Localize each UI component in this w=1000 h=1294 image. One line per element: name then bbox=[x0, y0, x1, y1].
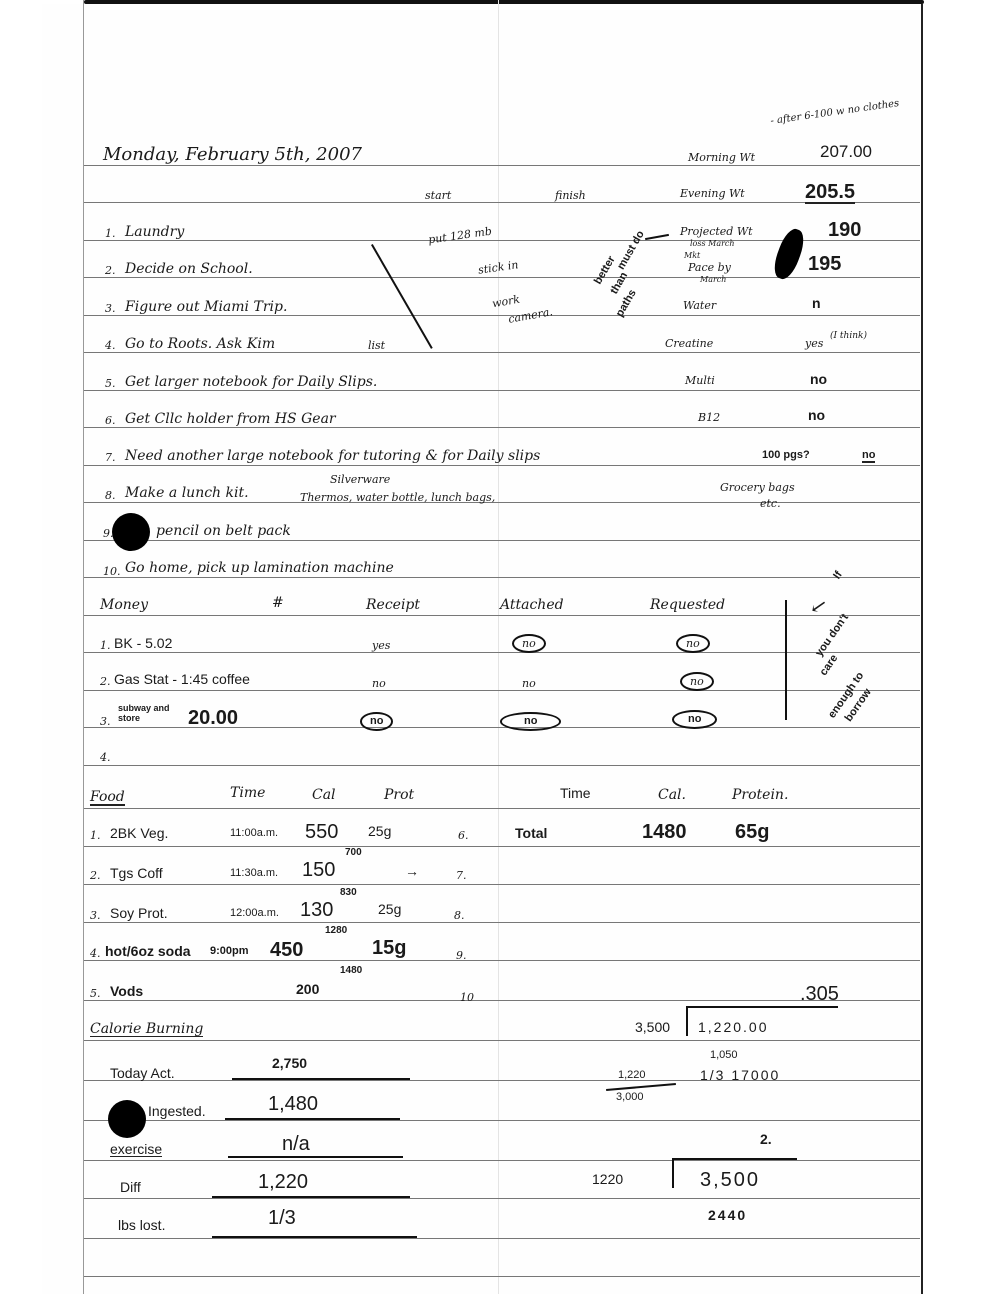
todo-item-large-notebook-answer: no bbox=[862, 450, 875, 463]
food-header: Food bbox=[90, 790, 125, 806]
creatine-label: Creatine bbox=[665, 338, 713, 349]
food-total-cal: 1480 bbox=[642, 822, 687, 842]
money-header: Attached bbox=[500, 598, 564, 612]
calc-dividend-2: 3,500 bbox=[700, 1170, 760, 1190]
ruled-line bbox=[84, 277, 920, 278]
food-row-item: Soy Prot. bbox=[110, 906, 168, 920]
food-row-num: 2. bbox=[90, 870, 101, 881]
ruled-line bbox=[84, 577, 920, 578]
evening-wt-value: 205.5 bbox=[805, 182, 855, 204]
calc-sub-1: 1/3 17000 bbox=[700, 1068, 780, 1082]
column-finish-label: finish bbox=[555, 190, 586, 201]
money-row-num: 3. bbox=[100, 716, 111, 727]
todo-item-roots-extra: list bbox=[368, 340, 385, 351]
page-top-edge bbox=[84, 0, 924, 4]
calc-sub-1-top: 1,050 bbox=[710, 1050, 738, 1061]
food-row-num-right: 9. bbox=[456, 950, 467, 961]
food-row-num-right: 6. bbox=[458, 830, 469, 841]
value-underline bbox=[232, 1078, 410, 1080]
food-row-cal: 130 bbox=[300, 900, 333, 920]
calorie-row-value: n/a bbox=[282, 1134, 310, 1154]
redaction-blot bbox=[108, 1100, 146, 1138]
todo-num: 2. bbox=[105, 265, 116, 276]
todo-item-large-notebook[interactable]: Need another large notebook for tutoring… bbox=[125, 449, 540, 463]
calc-side-top: 1,220 bbox=[618, 1070, 646, 1081]
food-row-num: 5. bbox=[90, 988, 101, 999]
ruled-line bbox=[84, 1120, 920, 1121]
ruled-line bbox=[84, 202, 920, 203]
money-row-requested: no bbox=[676, 634, 710, 653]
ruled-line bbox=[84, 1276, 920, 1277]
ruled-line bbox=[84, 165, 920, 166]
money-header: Receipt bbox=[366, 598, 420, 612]
food-row-num-right: 10 bbox=[460, 992, 474, 1003]
todo-num: 4. bbox=[105, 340, 116, 351]
ruled-line bbox=[84, 808, 920, 809]
creatine-value: yes bbox=[805, 338, 823, 349]
ruled-line bbox=[84, 540, 920, 541]
ruled-line bbox=[84, 1238, 920, 1239]
todo-item-large-notebook-extra: 100 pgs? bbox=[762, 450, 810, 461]
calorie-row-label: Today Act. bbox=[110, 1066, 175, 1080]
food-row-running: 1480 bbox=[340, 966, 362, 976]
division-bar bbox=[672, 1158, 797, 1160]
page-fold bbox=[498, 0, 499, 1294]
food-row-prot: 15g bbox=[372, 938, 406, 958]
ruled-line bbox=[84, 690, 920, 691]
page-date: Monday, February 5th, 2007 bbox=[103, 146, 362, 164]
money-row-amount: 20.00 bbox=[188, 708, 238, 728]
money-row-num: 4. bbox=[100, 752, 111, 763]
food-header: Time bbox=[230, 786, 265, 800]
food-row-item: Vods bbox=[110, 984, 143, 998]
multi-label: Multi bbox=[685, 375, 715, 386]
page-right-edge bbox=[921, 4, 923, 1294]
todo-item-holder[interactable]: Get Cllc holder from HS Gear bbox=[125, 412, 336, 426]
division-bracket bbox=[672, 1158, 674, 1188]
value-underline bbox=[228, 1156, 403, 1158]
evening-wt-label: Evening Wt bbox=[680, 188, 745, 199]
food-row-cal: 200 bbox=[296, 982, 319, 996]
creatine-note: (I think) bbox=[830, 332, 867, 341]
food-header: Prot bbox=[384, 788, 414, 802]
division-bar bbox=[688, 1006, 838, 1008]
calorie-row-value: 2,750 bbox=[272, 1056, 307, 1070]
division-bracket bbox=[686, 1006, 688, 1036]
ruled-line bbox=[84, 846, 920, 847]
column-start-label: start bbox=[425, 190, 451, 201]
ruled-line bbox=[84, 1000, 920, 1001]
page-left-margin bbox=[83, 0, 84, 1294]
money-row-item: BK - 5.02 bbox=[114, 636, 172, 650]
ruled-line bbox=[84, 652, 920, 653]
money-row-attached: no bbox=[522, 678, 536, 689]
food-row-prot: → bbox=[405, 864, 419, 878]
b12-value: no bbox=[808, 408, 825, 422]
calorie-row-label: exercise bbox=[110, 1142, 162, 1157]
b12-label: B12 bbox=[698, 412, 720, 423]
todo-item-lunch-kit-extra: Thermos, water bottle, lunch bags, bbox=[300, 492, 495, 503]
money-header: # bbox=[272, 596, 284, 610]
ruled-line bbox=[84, 1080, 920, 1081]
money-row-item: Gas Stat - 1:45 coffee bbox=[114, 672, 250, 686]
ruled-line bbox=[84, 352, 920, 353]
ruled-line bbox=[84, 427, 920, 428]
todo-num: 1. bbox=[105, 228, 116, 239]
ruled-line bbox=[84, 1160, 920, 1161]
calc-quotient-1: .305 bbox=[800, 984, 839, 1004]
bracket-line bbox=[785, 600, 787, 720]
todo-item-lunch-kit-extra2-sub: etc. bbox=[760, 498, 781, 509]
ruled-line bbox=[84, 465, 920, 466]
ruled-line bbox=[84, 1040, 920, 1041]
food-row-num-right: 7. bbox=[456, 870, 467, 881]
projected-wt-label: Projected Wt bbox=[680, 226, 753, 237]
food-row-num: 1. bbox=[90, 830, 101, 841]
food-row-cal: 450 bbox=[270, 940, 303, 960]
calc-sub-2: 2440 bbox=[708, 1208, 747, 1222]
todo-item-lamination[interactable]: Go home, pick up lamination machine bbox=[125, 561, 394, 575]
todo-item-lunch-kit-extra2: Grocery bags bbox=[720, 482, 795, 493]
money-row-attached: no bbox=[500, 712, 561, 731]
money-row-item: subway and store bbox=[118, 704, 178, 724]
multi-value: no bbox=[810, 372, 827, 386]
notebook-page bbox=[42, 4, 922, 1294]
todo-num: 10. bbox=[103, 566, 121, 577]
todo-num: 7. bbox=[105, 452, 116, 463]
food-row-num: 3. bbox=[90, 910, 101, 921]
food-row-time: 11:00a.m. bbox=[230, 828, 278, 839]
food-row-item: 2BK Veg. bbox=[110, 826, 168, 840]
todo-item-notebook[interactable]: Get larger notebook for Daily Slips. bbox=[125, 375, 377, 389]
ruled-line bbox=[84, 615, 920, 616]
money-row-requested: no bbox=[672, 710, 717, 729]
calorie-row-label: Diff bbox=[120, 1180, 141, 1194]
todo-item-laundry[interactable]: Laundry bbox=[125, 225, 184, 239]
food-row-prot: 25g bbox=[378, 902, 401, 916]
money-row-requested: no bbox=[680, 672, 714, 691]
projected-wt-value: 190 bbox=[828, 220, 861, 240]
todo-item-pencil[interactable]: pencil on belt pack bbox=[156, 524, 291, 538]
morning-wt-value: 207.00 bbox=[820, 143, 872, 160]
food-header-right: Protein. bbox=[732, 788, 788, 802]
value-underline bbox=[212, 1196, 410, 1198]
ruled-line bbox=[84, 315, 920, 316]
todo-item-miami-trip[interactable]: Figure out Miami Trip. bbox=[125, 300, 287, 314]
ruled-line bbox=[84, 922, 920, 923]
money-row-attached: no bbox=[512, 634, 546, 653]
money-row-num: 2. bbox=[100, 676, 111, 687]
redaction-blot bbox=[112, 513, 150, 551]
morning-wt-label: Morning Wt bbox=[688, 152, 755, 163]
todo-item-lunch-kit[interactable]: Make a lunch kit. bbox=[125, 486, 249, 500]
food-row-num: 4. bbox=[90, 948, 101, 959]
ruled-line bbox=[84, 390, 920, 391]
water-label: Water bbox=[683, 300, 716, 311]
value-underline bbox=[225, 1118, 400, 1120]
calc-divisor-1: 3,500 bbox=[635, 1020, 670, 1034]
food-header-right: Cal. bbox=[658, 788, 686, 802]
money-row-num: 1. bbox=[100, 640, 111, 651]
todo-num: 3. bbox=[105, 303, 116, 314]
ruled-line bbox=[84, 1198, 920, 1199]
value-underline bbox=[212, 1236, 417, 1238]
food-row-cal: 150 bbox=[302, 860, 335, 880]
calorie-burning-title: Calorie Burning bbox=[90, 1022, 203, 1037]
calc-side-bottom: 3,000 bbox=[616, 1092, 644, 1103]
ruled-line bbox=[84, 765, 920, 766]
pace-sub-bottom: March bbox=[700, 276, 726, 284]
food-row-running: 700 bbox=[345, 848, 362, 858]
calorie-row-value: 1,220 bbox=[258, 1172, 308, 1192]
todo-num: 6. bbox=[105, 415, 116, 426]
calorie-row-value: 1,480 bbox=[268, 1094, 318, 1114]
food-header-right: Time bbox=[560, 786, 591, 800]
projected-wt-sub: loss March bbox=[690, 240, 735, 248]
food-row-time: 9:00pm bbox=[210, 946, 249, 957]
pace-label: Pace by bbox=[688, 262, 731, 273]
calorie-row-label: lbs lost. bbox=[118, 1218, 165, 1232]
money-row-receipt: yes bbox=[372, 640, 390, 651]
calc-quotient-2: 2. bbox=[760, 1132, 772, 1146]
food-row-time: 11:30a.m. bbox=[230, 868, 278, 879]
todo-item-roots[interactable]: Go to Roots. Ask Kim bbox=[125, 337, 275, 351]
food-row-time: 12:00a.m. bbox=[230, 908, 279, 919]
food-row-running: 1280 bbox=[325, 926, 347, 936]
todo-num: 8. bbox=[105, 490, 116, 501]
water-value: n bbox=[812, 296, 821, 310]
todo-num: 5. bbox=[105, 378, 116, 389]
todo-item-school[interactable]: Decide on School. bbox=[125, 262, 253, 276]
food-row-num-right: 8. bbox=[454, 910, 465, 921]
food-row-running: 830 bbox=[340, 888, 357, 898]
calc-divisor-2: 1220 bbox=[592, 1172, 623, 1186]
todo-item-lunch-kit-above: Silverware bbox=[330, 474, 390, 485]
money-header: Requested bbox=[650, 598, 725, 612]
pace-sub-top: Mkt bbox=[684, 252, 700, 260]
calc-dividend-1: 1,220.00 bbox=[698, 1020, 769, 1034]
money-row-receipt: no bbox=[372, 678, 386, 689]
food-row-item: hot/6oz soda bbox=[105, 944, 191, 958]
calorie-row-value: 1/3 bbox=[268, 1208, 296, 1228]
calorie-row-label: Ingested. bbox=[148, 1104, 206, 1118]
food-row-item: Tgs Coff bbox=[110, 866, 163, 880]
food-row-cal: 550 bbox=[305, 822, 338, 842]
ruled-line bbox=[84, 502, 920, 503]
ruled-line bbox=[84, 884, 920, 885]
pace-value: 195 bbox=[808, 254, 841, 274]
ruled-line bbox=[84, 960, 920, 961]
food-total-label: Total bbox=[515, 826, 547, 840]
food-header: Cal bbox=[312, 788, 336, 802]
food-total-prot: 65g bbox=[735, 822, 769, 842]
food-row-prot: 25g bbox=[368, 824, 391, 838]
money-header: Money bbox=[100, 598, 148, 612]
